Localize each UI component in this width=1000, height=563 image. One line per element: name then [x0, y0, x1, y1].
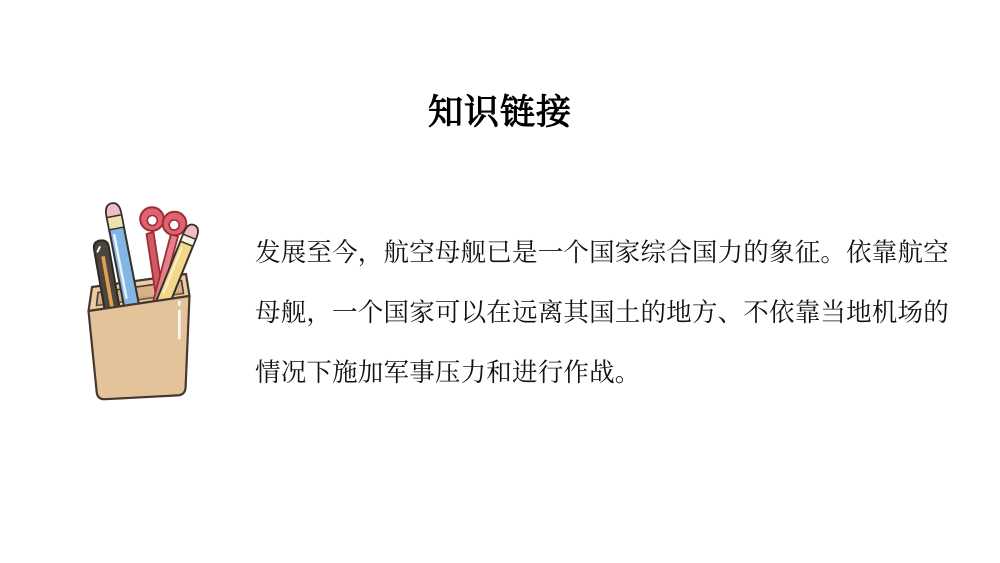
pencil-holder-illustration [82, 190, 206, 412]
slide-title: 知识链接 [0, 93, 1000, 133]
slide-canvas: 知识链接 [0, 0, 1000, 563]
scissors-hole-right [169, 220, 179, 230]
body-line-1: 发展至今，航空母舰已是一个国家综合国力的象征。依靠航空 [255, 223, 949, 283]
pencil-holder-icon [82, 190, 206, 412]
blue-pencil-eraser [104, 202, 121, 218]
holder-cup-front [89, 296, 190, 399]
body-line-2: 母舰，一个国家可以在远离其国土的地方、不依靠当地机场的 [255, 283, 949, 343]
scissors-hole-left [147, 216, 157, 226]
cup-front-face [89, 296, 190, 399]
body-line-3: 情况下施加军事压力和进行作战。 [255, 343, 949, 403]
body-text-block: 发展至今，航空母舰已是一个国家综合国力的象征。依靠航空 母舰，一个国家可以在远离… [255, 223, 949, 403]
